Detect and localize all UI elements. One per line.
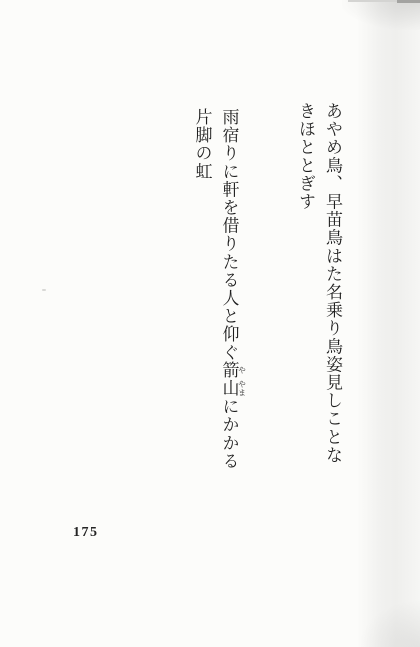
poem-text: にかかる: [220, 398, 239, 470]
poem-ayamedori: あやめ鳥、早苗鳥はた名乗り鳥姿見しことな きほととぎす: [292, 102, 346, 464]
poem-amayadori: 雨宿りに軒を借りたる人と仰ぐ箭や山やまにかかる 片脚の虹: [189, 108, 247, 470]
book-page: あやめ鳥、早苗鳥はた名乗り鳥姿見しことな きほととぎす 雨宿りに軒を借りたる人と…: [0, 0, 420, 647]
scan-shadow-top-right: [342, 0, 420, 30]
furigana: やま: [238, 380, 247, 398]
page-gutter-shadow: [356, 0, 420, 647]
furigana: や: [238, 361, 247, 379]
poem-text: 雨宿りに軒を借りたる人と仰ぐ: [220, 108, 239, 361]
scan-shadow-bottom-right: [360, 601, 420, 647]
poem-line: 片脚の虹: [189, 108, 216, 470]
poem-line: きほととぎす: [292, 102, 319, 464]
ruby-base-kanji: 箭: [220, 361, 239, 379]
paper-speck: [42, 289, 46, 291]
poem-line: あやめ鳥、早苗鳥はた名乗り鳥姿見しことな: [319, 102, 346, 464]
ruby-yayama: 箭や山やま: [220, 361, 239, 397]
ruby-base-kanji: 山: [220, 380, 239, 398]
scan-edge-mark: [397, 0, 420, 3]
poem-line: 雨宿りに軒を借りたる人と仰ぐ箭や山やまにかかる: [216, 108, 247, 470]
page-number: 175: [73, 525, 99, 541]
